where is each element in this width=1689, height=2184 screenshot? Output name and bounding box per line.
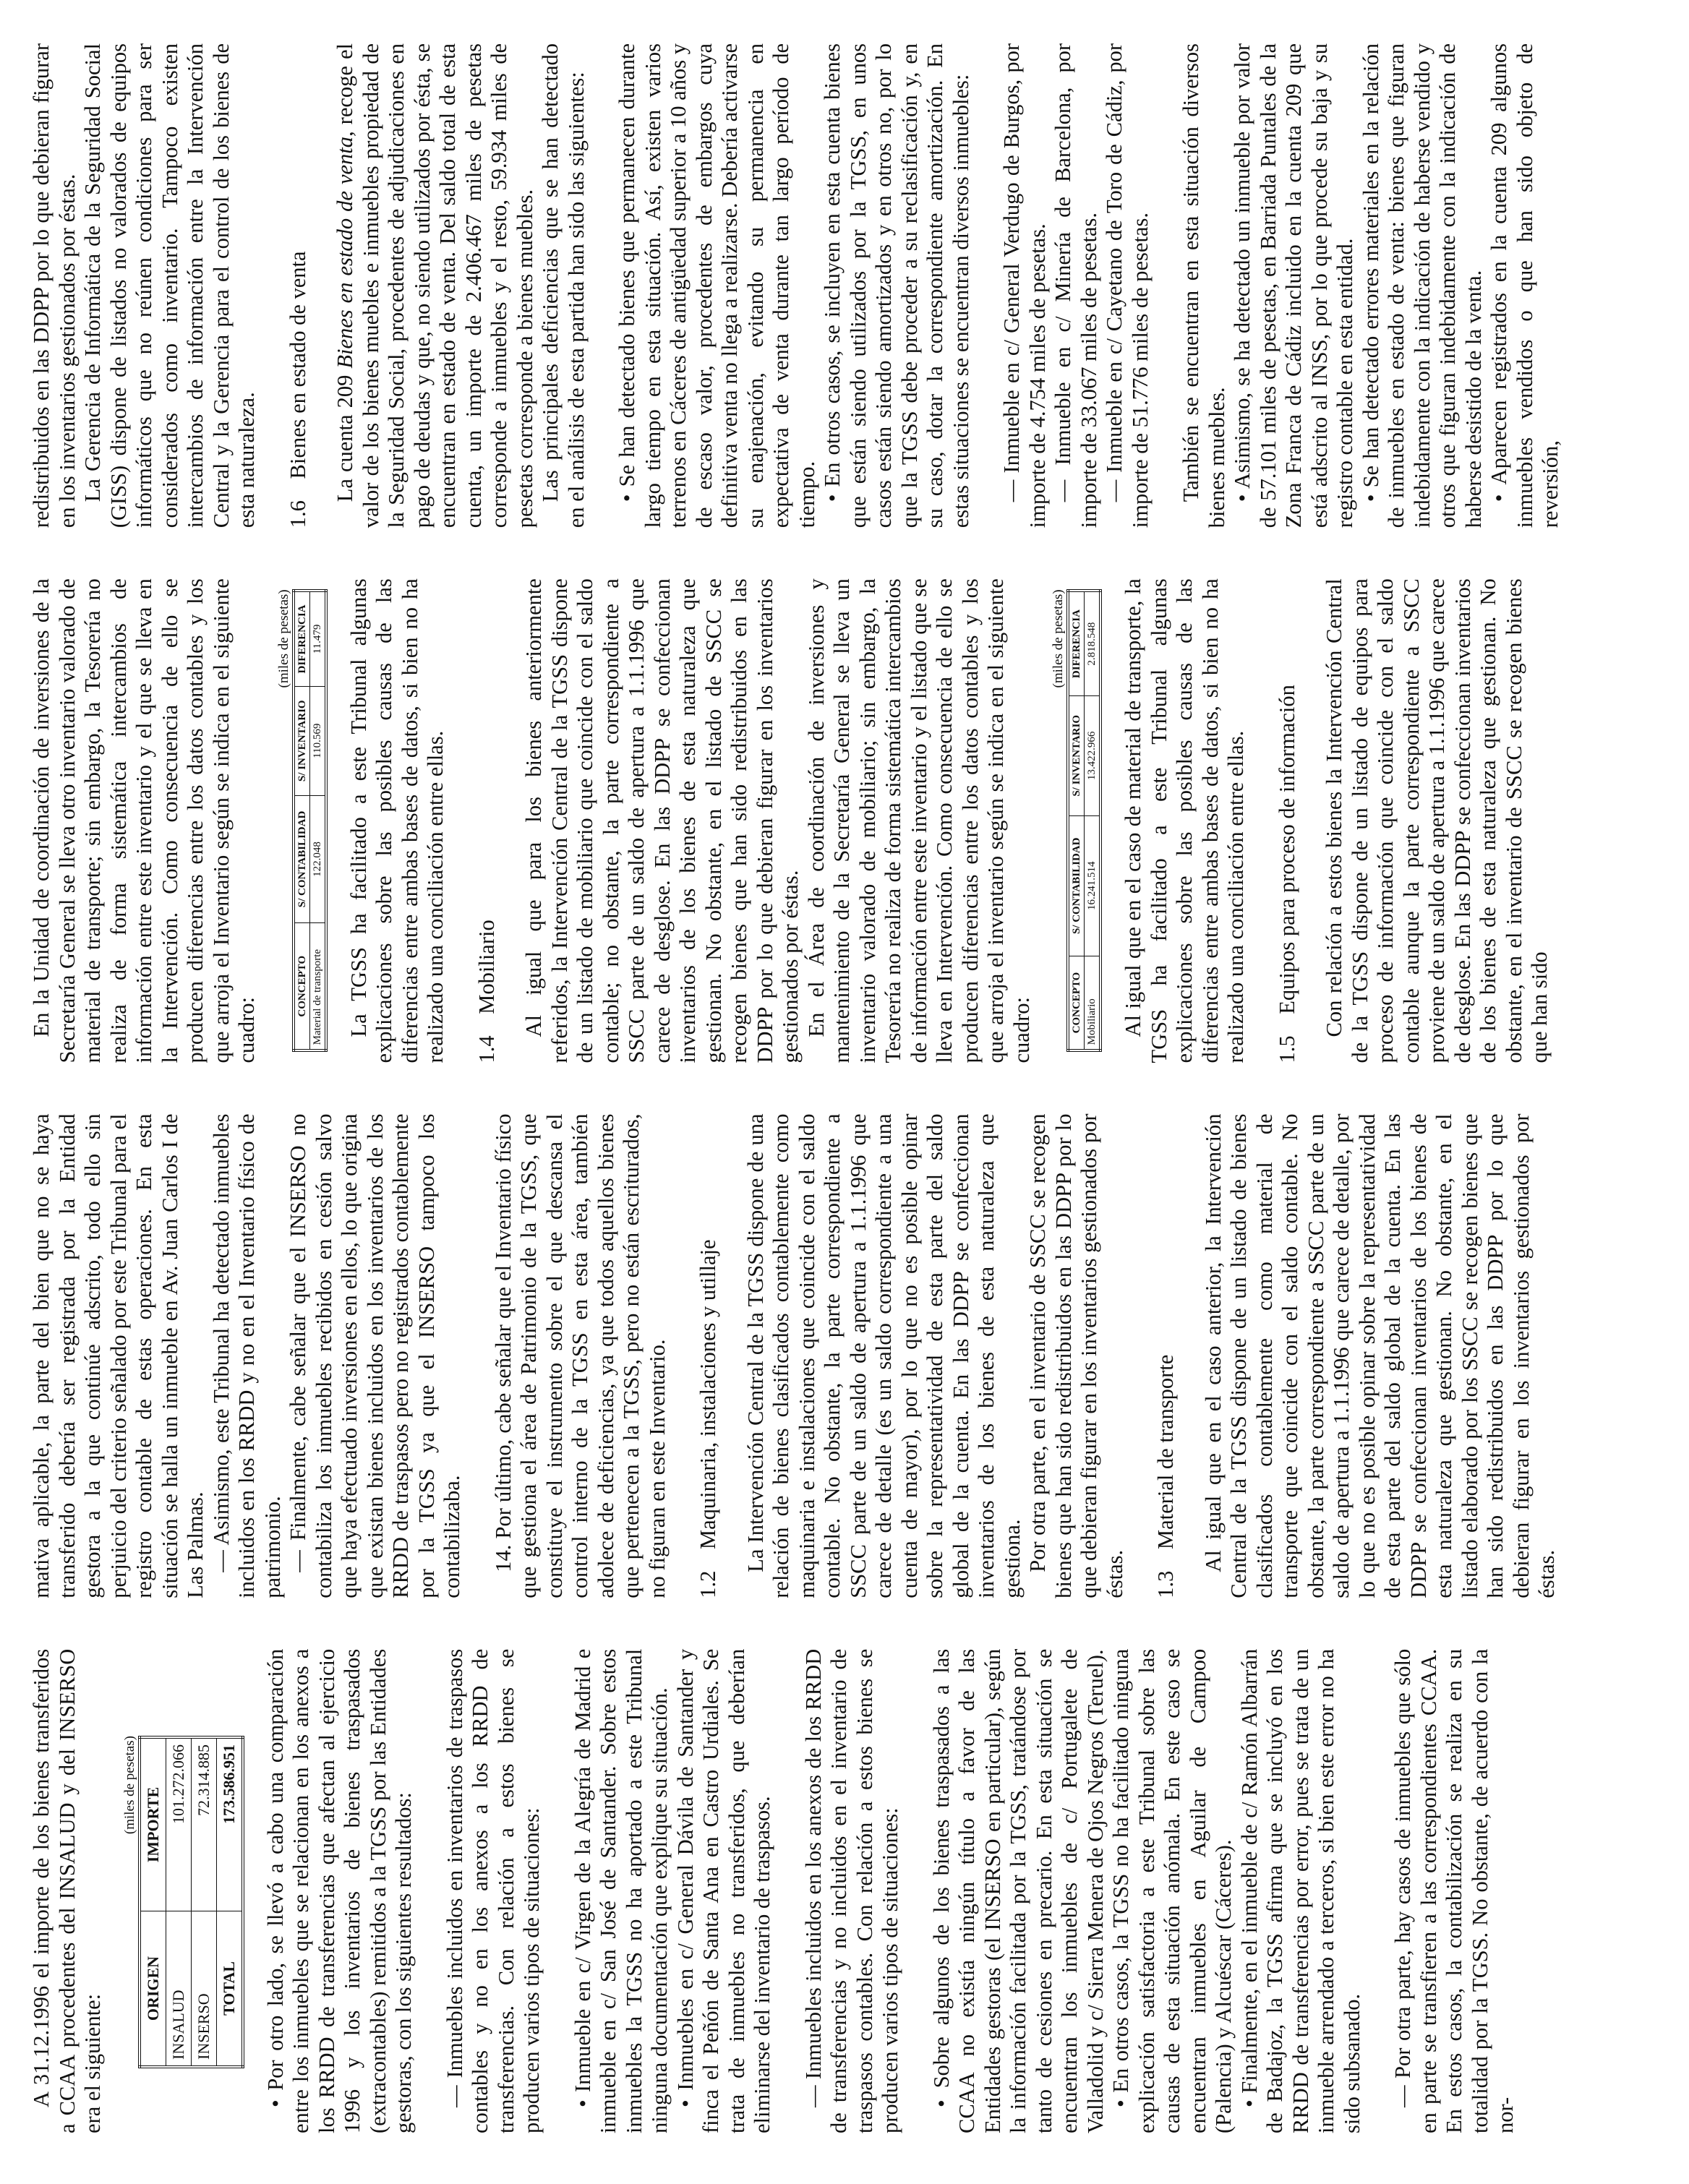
section-heading-1-3: 1.3 Material de transporte [1153, 1114, 1179, 1598]
section-heading-1-5: 1.5 Equipos para proceso de información [1275, 578, 1301, 1063]
table-units: (miles de pesetas) [1051, 589, 1066, 1052]
paragraph: mativa aplicable, la parte del bien que … [29, 1114, 209, 1598]
paragraph: Al igual que en el caso anterior, la Int… [1201, 1114, 1560, 1598]
cell-total-importe: 173.586.951 [216, 1737, 243, 1911]
table-row: INSERSO 72.314.885 [191, 1737, 216, 2067]
cell-importe: 72.314.885 [191, 1737, 216, 1911]
table-row: INSALUD 101.272.066 [166, 1737, 191, 2067]
cell-diferencia: 11.479 [309, 591, 326, 686]
transporte-table-block: (miles de pesetas) CONCEPTO S/ CONTABILI… [276, 589, 328, 1052]
cell-contabilidad: 16.241.514 [1085, 815, 1101, 956]
col-header-concepto: CONCEPTO [294, 923, 310, 1051]
column-4: redistribuidos en las DDPP por lo que de… [29, 43, 1667, 528]
section-number: 1.5 [1275, 1035, 1299, 1063]
col-header-contabilidad: S/ CONTABILIDAD [1068, 815, 1085, 956]
section-number: 1.3 [1153, 1571, 1178, 1598]
cell-diferencia: 2.818.548 [1085, 591, 1101, 695]
cell-concepto: Mobiliario [1085, 956, 1101, 1050]
transporte-table: CONCEPTO S/ CONTABILIDAD S/ INVENTARIO D… [292, 589, 328, 1052]
paragraph: — Inmueble en c/ General Verdugo de Burg… [999, 43, 1051, 528]
col-header-concepto: CONCEPTO [1068, 956, 1085, 1050]
mobiliario-table: CONCEPTO S/ CONTABILIDAD S/ INVENTARIO D… [1066, 589, 1102, 1052]
paragraph: En la Unidad de coordinación de inversio… [29, 578, 260, 1063]
table-units: (miles de pesetas) [122, 1736, 138, 2068]
paragraph: — Inmueble en c/ Minería de Barcelona, p… [1051, 43, 1102, 528]
table-row: Material de transporte 122.048 110.569 1… [309, 591, 326, 1050]
section-title: Mobiliario [474, 920, 499, 1014]
paragraph: redistribuidos en las DDPP por lo que de… [29, 43, 80, 528]
intro-paragraph: A 31.12.1996 el importe de los bienes tr… [29, 1649, 106, 2133]
section-title: Material de transporte [1153, 1355, 1178, 1549]
paragraph: • En otros casos, la TGSS no ha facilita… [1108, 1649, 1237, 2133]
section-number: 1.4 [474, 1035, 499, 1063]
paragraph: Por otra parte, en el inventario de SSCC… [1025, 1114, 1128, 1598]
column-1: A 31.12.1996 el importe de los bienes tr… [29, 1649, 1667, 2133]
paragraph: • Asimismo, se ha detectado un inmueble … [1230, 43, 1359, 528]
col-header-inventario: S/ INVENTARIO [294, 686, 310, 795]
table-total-row: TOTAL 173.586.951 [216, 1737, 243, 2067]
col-header-diferencia: DIFERENCIA [1068, 591, 1085, 695]
col-header-inventario: S/ INVENTARIO [1068, 695, 1085, 815]
paragraph: • Aparecen registrados en la cuenta 209 … [1487, 43, 1564, 528]
cell-importe: 101.272.066 [166, 1737, 191, 1911]
rotated-document-page: A 31.12.1996 el importe de los bienes tr… [0, 0, 1689, 2184]
paragraph: — Por otra parte, hay casos de inmuebles… [1390, 1649, 1519, 2133]
section-heading-1-6: 1.6 Bienes en estado de venta [286, 43, 312, 528]
cell-origen: INSERSO [191, 1911, 216, 2067]
cell-contabilidad: 122.048 [309, 795, 326, 922]
cell-total-label: TOTAL [216, 1911, 243, 2067]
text-run: La cuenta 209 [333, 369, 357, 502]
paragraph: — Inmuebles incluidos en los anexos de l… [801, 1649, 904, 2133]
col-header-importe: IMPORTE [140, 1737, 166, 1911]
section-title: Maquinaria, instalaciones y utillaje [696, 1239, 720, 1549]
table-row: Mobiliario 16.241.514 13.422.966 2.818.5… [1085, 591, 1101, 1050]
paragraph: • Se han detectado bienes que permanecen… [615, 43, 820, 528]
paragraph: — Inmuebles incluidos en inventarios de … [442, 1649, 545, 2133]
paragraph: — Finalmente, cabe señalar que el INSERS… [286, 1114, 466, 1598]
paragraph: • En otros casos, se incluyen en esta cu… [820, 43, 974, 528]
section-number: 1.2 [696, 1571, 720, 1598]
section-title: Equipos para proceso de información [1275, 685, 1299, 1014]
paragraph: La Intervención Central de la TGSS dispo… [743, 1114, 1026, 1598]
paragraph: 14. Por último, cabe señalar que el Inve… [491, 1114, 671, 1598]
paragraph: • Se han detectado errores materiales en… [1359, 43, 1487, 528]
paragraph: • Sobre algunos de los bienes traspasado… [929, 1649, 1109, 2133]
section-number: 1.6 [286, 500, 310, 528]
paragraph: • Inmueble en c/ Virgen de la Alegría de… [570, 1649, 673, 2133]
origen-table-block: (miles de pesetas) ORIGEN IMPORTE INSALU… [122, 1736, 244, 2068]
italic-account-name: Bienes en estado de venta, [333, 131, 357, 368]
paragraph: — Asimismo, este Tribunal ha detectado i… [209, 1114, 286, 1598]
paragraph: • Por otro lado, se llevó a cabo una com… [263, 1649, 417, 2133]
paragraph: — Inmueble en c/ Cayetano de Toro de Cád… [1102, 43, 1153, 528]
paragraph: La TGSS ha facilitado a este Tribunal al… [346, 578, 449, 1063]
section-heading-1-2: 1.2 Maquinaria, instalaciones y utillaje [696, 1114, 722, 1598]
paragraph-cuenta-209: La cuenta 209 Bienes en estado de venta,… [333, 43, 538, 528]
paragraph: También se encuentran en esta situación … [1179, 43, 1230, 528]
paragraph: Con relación a estos bienes la Intervenc… [1322, 578, 1553, 1063]
col-header-diferencia: DIFERENCIA [294, 591, 310, 686]
paragraph: En el Área de coordinación de inversione… [804, 578, 1035, 1063]
paragraph: • Finalmente, en el inmueble de c/ Ramón… [1237, 1649, 1366, 2133]
column-3: En la Unidad de coordinación de inversio… [29, 578, 1667, 1063]
paragraph: Al igual que para los bienes anteriormen… [521, 578, 804, 1063]
col-header-origen: ORIGEN [140, 1911, 166, 2067]
column-2: mativa aplicable, la parte del bien que … [29, 1114, 1667, 1598]
cell-inventario: 110.569 [309, 686, 326, 795]
cell-concepto: Material de transporte [309, 923, 326, 1051]
paragraph: La Gerencia de Informática de la Segurid… [80, 43, 260, 528]
section-title: Bienes en estado de venta [286, 251, 310, 479]
origen-table: ORIGEN IMPORTE INSALUD 101.272.066 INSER… [138, 1736, 244, 2068]
cell-origen: INSALUD [166, 1911, 191, 2067]
text-run: recoge el valor de los bienes muebles e … [333, 43, 537, 528]
paragraph: • Inmuebles en c/ General Dávila de Sant… [673, 1649, 776, 2133]
cell-inventario: 13.422.966 [1085, 695, 1101, 815]
paragraph: Las principales deficiencias que se han … [538, 43, 589, 528]
table-units: (miles de pesetas) [276, 589, 292, 1052]
section-heading-1-4: 1.4 Mobiliario [474, 578, 500, 1063]
paragraph: Al igual que en el caso de material de t… [1121, 578, 1249, 1063]
col-header-contabilidad: S/ CONTABILIDAD [294, 795, 310, 922]
mobiliario-table-block: (miles de pesetas) CONCEPTO S/ CONTABILI… [1051, 589, 1102, 1052]
